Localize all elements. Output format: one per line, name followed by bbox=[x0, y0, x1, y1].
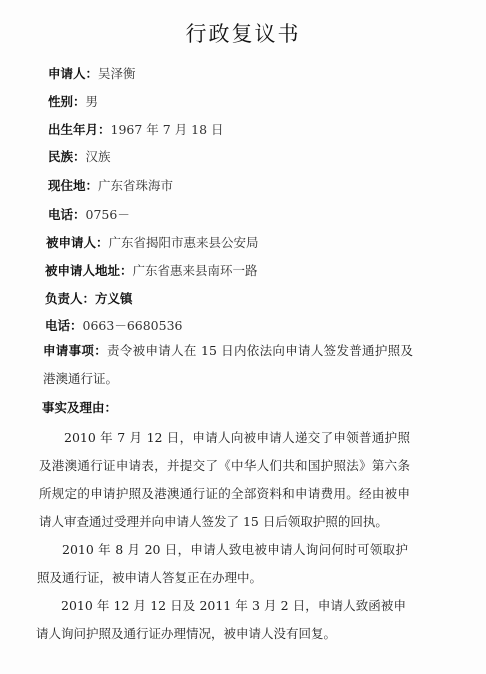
responsible-person-field: 负责人：方义镇 bbox=[45, 289, 133, 307]
field-value: 0756－ bbox=[86, 207, 130, 222]
field-value: 0663－6680536 bbox=[83, 318, 183, 333]
field-value: 吴泽衡 bbox=[98, 66, 136, 81]
applicant-phone-field: 电话：0756－ bbox=[48, 205, 130, 223]
field-label: 被申请人： bbox=[46, 235, 109, 250]
field-value: 方义镇 bbox=[95, 291, 133, 306]
birthdate-field: 出生年月：1967 年 7 月 18 日 bbox=[48, 120, 224, 138]
facts-paragraph-2: 2010 年 8 月 20 日，申请人致电被申请人询问何时可领取护照及通行证，被… bbox=[37, 536, 408, 592]
field-label: 负责人： bbox=[45, 291, 95, 306]
gender-field: 性别：男 bbox=[48, 92, 98, 110]
respondent-address-field: 被申请人地址：广东省惠来县南环一路 bbox=[45, 261, 258, 279]
field-label: 被申请人地址： bbox=[45, 263, 133, 278]
residence-field: 现住地：广东省珠海市 bbox=[48, 176, 173, 194]
field-value: 广东省惠来县南环一路 bbox=[133, 263, 258, 278]
field-label: 现住地： bbox=[48, 178, 98, 193]
request-section: 申请事项：责令被申请人在 15 日内依法向申请人签发普通护照及港澳通行证。 bbox=[43, 337, 413, 393]
field-label: 民族： bbox=[48, 149, 86, 164]
field-value: 汉族 bbox=[86, 149, 111, 164]
field-label: 电话： bbox=[48, 207, 86, 222]
field-label: 电话： bbox=[45, 318, 83, 333]
field-value: 广东省珠海市 bbox=[98, 178, 173, 193]
field-value: 男 bbox=[86, 94, 99, 109]
facts-paragraph-3: 2010 年 12 月 12 日及 2011 年 3 月 2 日，申请人致函被申… bbox=[36, 592, 406, 648]
field-value: 1967 年 7 月 18 日 bbox=[111, 122, 224, 137]
field-label: 申请人： bbox=[48, 66, 98, 81]
field-label: 出生年月： bbox=[48, 122, 111, 137]
request-label: 申请事项： bbox=[43, 343, 107, 358]
facts-heading: 事实及理由： bbox=[42, 398, 117, 416]
facts-paragraph-1: 2010 年 7 月 12 日，申请人向被申请人递交了申领普通护照及港澳通行证申… bbox=[39, 424, 410, 536]
ethnicity-field: 民族：汉族 bbox=[48, 147, 111, 165]
respondent-phone-field: 电话：0663－6680536 bbox=[45, 316, 183, 334]
applicant-field: 申请人：吴泽衡 bbox=[48, 64, 136, 82]
respondent-field: 被申请人：广东省揭阳市惠来县公安局 bbox=[46, 233, 259, 251]
field-label: 性别： bbox=[48, 94, 86, 109]
document-title: 行政复议书 bbox=[0, 18, 486, 48]
field-value: 广东省揭阳市惠来县公安局 bbox=[109, 235, 259, 250]
